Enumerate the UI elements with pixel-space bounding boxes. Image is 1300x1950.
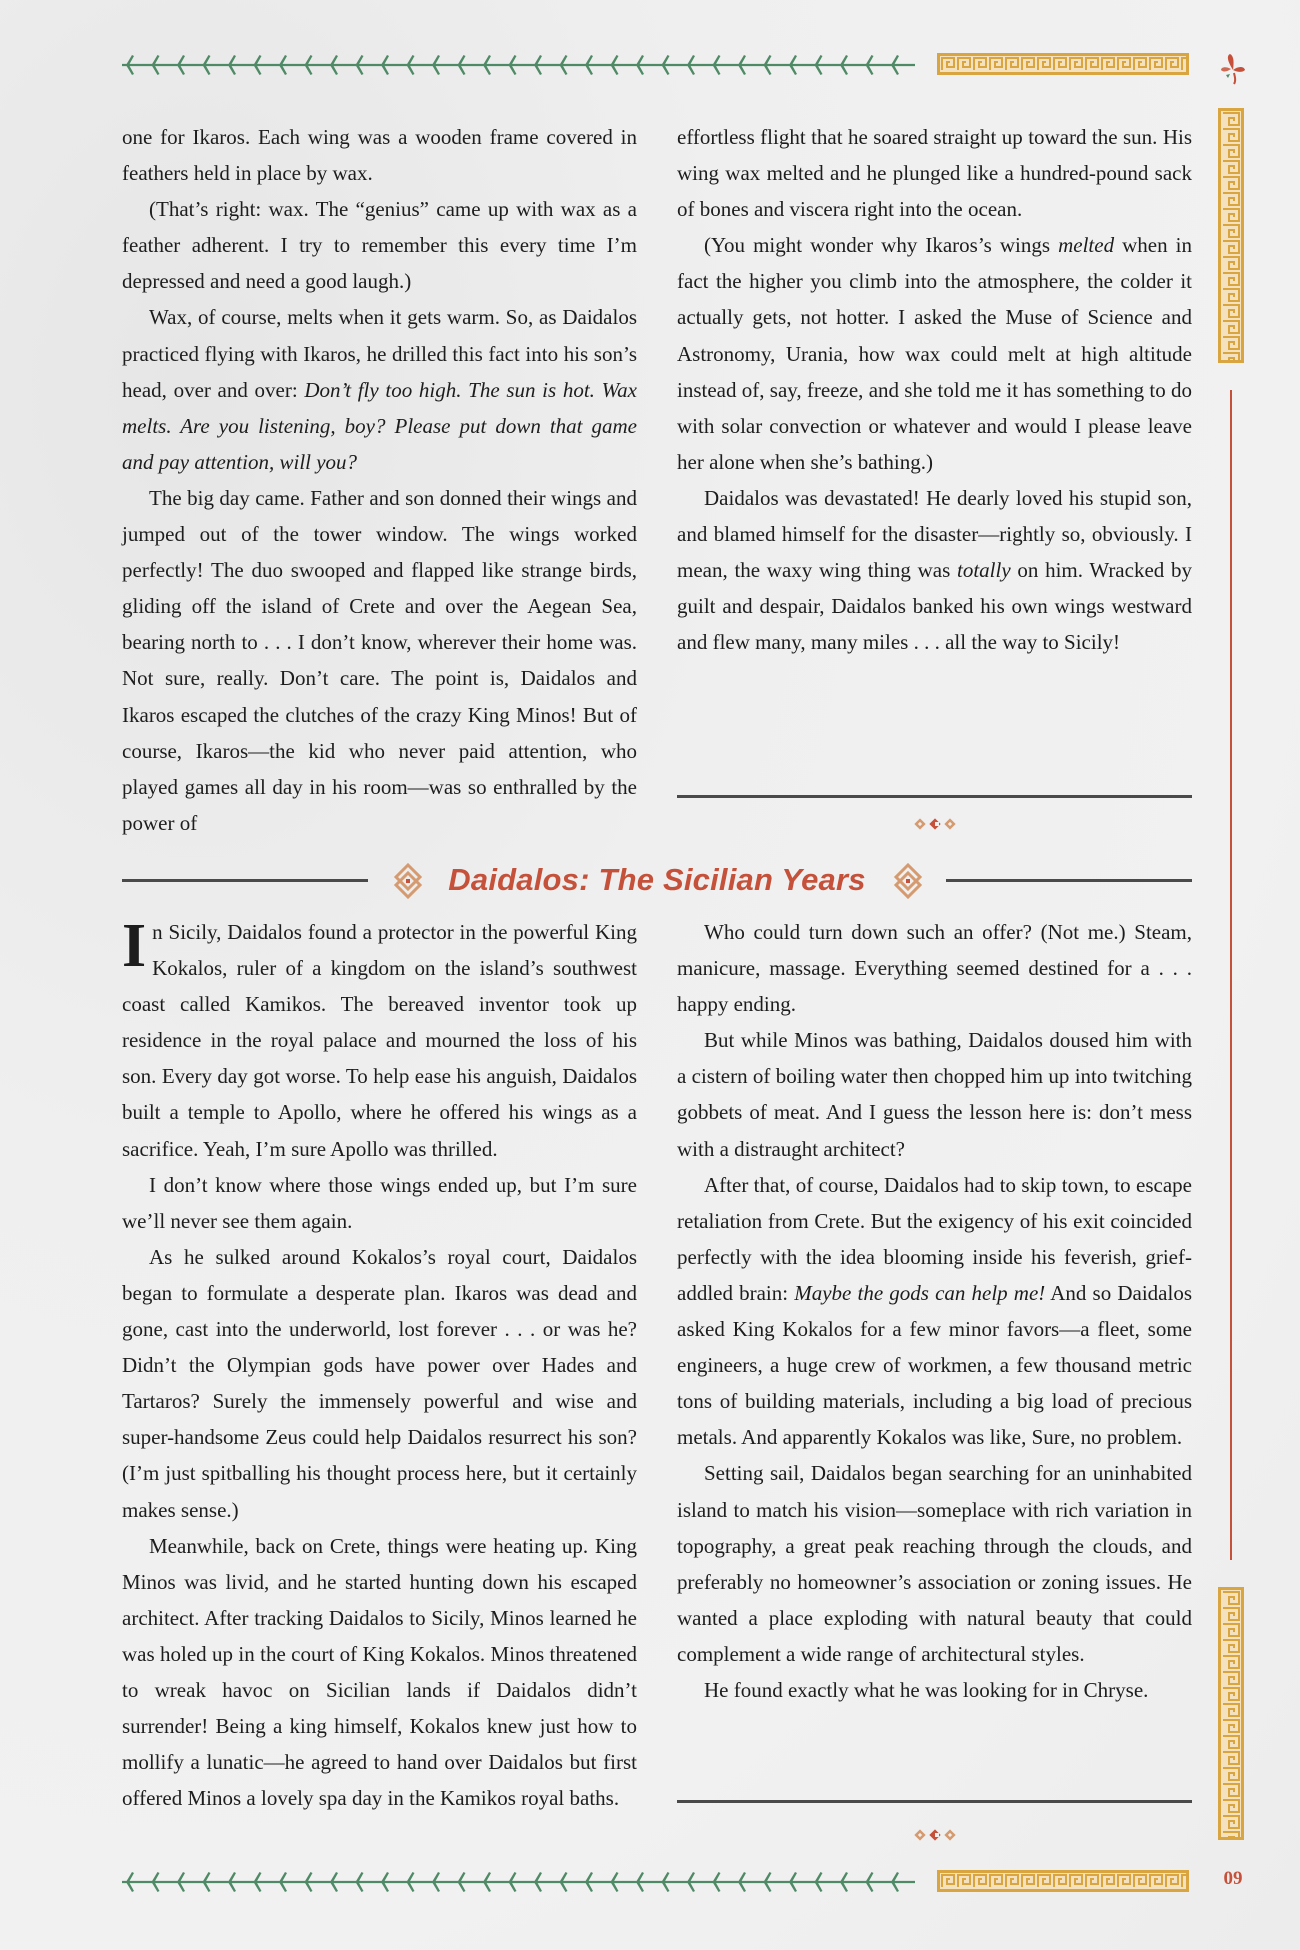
paragraph: He found exactly what he was looking for… <box>677 1672 1192 1708</box>
diamond-icon <box>914 818 925 829</box>
section-heading: Daidalos: The Sicilian Years <box>432 858 882 902</box>
paragraph: effortless flight that he soared straigh… <box>677 119 1192 227</box>
section-heading-row: Daidalos: The Sicilian Years <box>122 858 1192 902</box>
paragraph: After that, of course, Daidalos had to s… <box>677 1167 1192 1456</box>
section1-right-column: effortless flight that he soared straigh… <box>677 119 1192 660</box>
paragraph: (That’s right: wax. The “genius” came up… <box>122 191 637 299</box>
paragraph: In Sicily, Daidalos found a protector in… <box>122 914 637 1167</box>
page-number: 09 <box>1218 1868 1248 1890</box>
knot-ornament-icon <box>392 863 424 899</box>
section-end-rule <box>677 1800 1192 1803</box>
greek-key-meander-icon <box>937 1870 1189 1892</box>
paragraph: The big day came. Father and son donned … <box>122 480 637 841</box>
flourish-icon <box>1218 52 1248 86</box>
paragraph: Who could turn down such an offer? (Not … <box>677 914 1192 1022</box>
diamond-icon <box>929 818 940 829</box>
section-end-diamonds <box>905 818 965 830</box>
heading-rule-left <box>122 879 368 882</box>
paragraph: Daidalos was devastated! He dearly loved… <box>677 480 1192 660</box>
greek-key-meander-icon <box>1218 1587 1244 1840</box>
vine-border-icon <box>122 1870 915 1894</box>
diamond-icon <box>929 1829 940 1840</box>
paragraph: Meanwhile, back on Crete, things were he… <box>122 1528 637 1817</box>
vine-border-icon <box>122 53 915 77</box>
diamond-icon <box>944 1829 955 1840</box>
paragraph: Setting sail, Daidalos began searching f… <box>677 1455 1192 1672</box>
red-vertical-rule <box>1230 390 1232 1560</box>
section2-left-column: In Sicily, Daidalos found a protector in… <box>122 914 637 1816</box>
greek-key-meander-icon <box>937 53 1189 75</box>
greek-key-meander-icon <box>1218 108 1244 363</box>
paragraph: Wax, of course, melts when it gets warm.… <box>122 299 637 479</box>
paragraph: I don’t know where those wings ended up,… <box>122 1167 637 1239</box>
drop-cap: I <box>122 920 146 972</box>
diamond-icon <box>914 1829 925 1840</box>
diamond-icon <box>944 818 955 829</box>
section-end-rule <box>677 795 1192 798</box>
section1-left-column: one for Ikaros. Each wing was a wooden f… <box>122 119 637 841</box>
knot-ornament-icon <box>892 863 924 899</box>
paragraph: (You might wonder why Ikaros’s wings mel… <box>677 227 1192 480</box>
section2-right-column: Who could turn down such an offer? (Not … <box>677 914 1192 1708</box>
section-end-diamonds <box>905 1829 965 1841</box>
heading-rule-right <box>946 879 1192 882</box>
paragraph: But while Minos was bathing, Daidalos do… <box>677 1022 1192 1166</box>
paragraph: one for Ikaros. Each wing was a wooden f… <box>122 119 637 191</box>
paragraph: As he sulked around Kokalos’s royal cour… <box>122 1239 637 1528</box>
